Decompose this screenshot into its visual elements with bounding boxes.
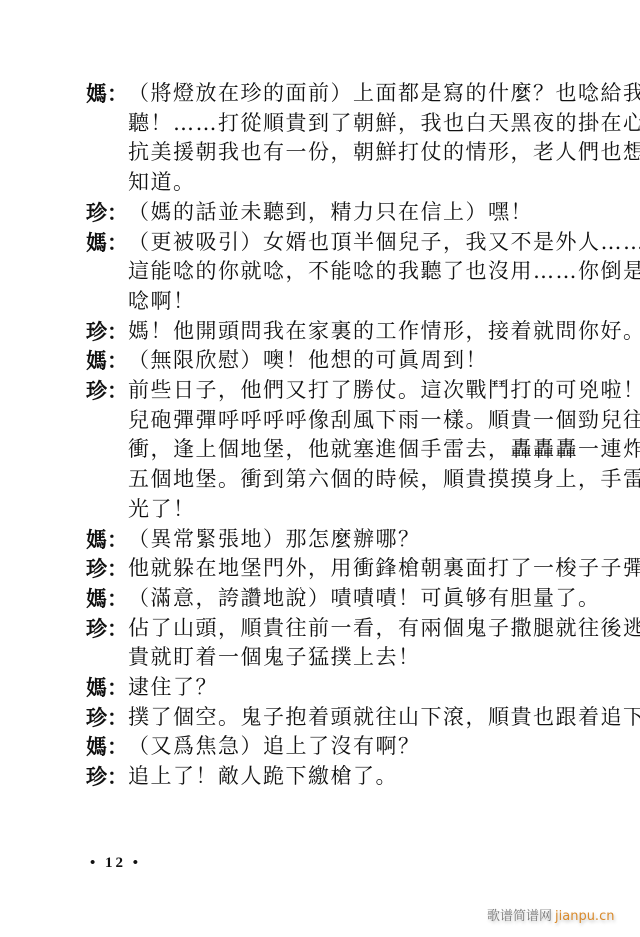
speaker-label: 珍： <box>86 198 128 228</box>
dialogue-text: 逮住了？ <box>128 673 596 703</box>
watermark: 歌谱简谱网jianpu.cn <box>487 905 614 924</box>
text-line: 追上了！敵人跪下繳槍了。 <box>128 762 596 792</box>
dialogue-text: 媽！他開頭問我在家裏的工作情形，接着就問你好。 <box>128 317 640 347</box>
dialogue-entry: 珍：前些日子，他們又打了勝仗。這次戰鬥打的可兇啦！槍子兒砲彈彈呼呼呼呼像刮風下雨… <box>86 376 596 525</box>
dialogue-entry: 媽：（更被吸引）女婿也頂半個兒子，我又不是外人……玉珍！這能唸的你就唸，不能唸的… <box>86 228 596 317</box>
text-line: 前些日子，他們又打了勝仗。這次戰鬥打的可兇啦！槍子 <box>128 376 640 406</box>
speaker-label: 媽： <box>86 525 128 555</box>
dialogue-text: 撲了個空。鬼子抱着頭就往山下滾，順貴也跟着追下去！ <box>128 703 640 733</box>
dialogue-text: 前些日子，他們又打了勝仗。這次戰鬥打的可兇啦！槍子兒砲彈彈呼呼呼呼像刮風下雨一樣… <box>128 376 640 525</box>
watermark-chinese: 歌谱简谱网 <box>487 909 552 924</box>
watermark-domain: jianpu.cn <box>555 909 614 924</box>
document-page: 媽：（將燈放在珍的面前）上面都是寫的什麼？也唸給我聽聽！……打從順貴到了朝鮮，我… <box>0 0 640 937</box>
dialogue-text: （滿意，誇讚地說）嘖嘖嘖！可眞够有胆量了。 <box>128 584 601 614</box>
dialogue-entry: 媽：（滿意，誇讚地說）嘖嘖嘖！可眞够有胆量了。 <box>86 584 596 614</box>
text-line: 他就躲在地堡門外，用衝鋒槍朝裏面打了一梭子子彈！ <box>128 554 640 584</box>
page-number: • 12 • <box>90 855 141 872</box>
text-line: 衝，逢上個地堡，他就塞進個手雷去，轟轟轟一連炸毀了 <box>128 435 640 465</box>
dialogue-entry: 珍：追上了！敵人跪下繳槍了。 <box>86 762 596 792</box>
dialogue-entry: 珍：佔了山頭，順貴往前一看，有兩個鬼子撒腿就往後逃，順貴就盯着一個鬼子猛撲上去！ <box>86 614 596 673</box>
speaker-label: 珍： <box>86 703 128 733</box>
dialogue-entry: 媽：（無限欣慰）噢！他想的可眞周到！ <box>86 346 596 376</box>
dialogue-text: （無限欣慰）噢！他想的可眞周到！ <box>128 346 596 376</box>
dialogue-text: （異常緊張地）那怎麼辦哪？ <box>128 525 596 555</box>
text-line: 佔了山頭，順貴往前一看，有兩個鬼子撒腿就往後逃，順 <box>128 614 640 644</box>
text-line: （無限欣慰）噢！他想的可眞周到！ <box>128 346 596 376</box>
text-line: （又爲焦急）追上了沒有啊？ <box>128 732 596 762</box>
dialogue-text: （又爲焦急）追上了沒有啊？ <box>128 732 596 762</box>
text-line: 媽！他開頭問我在家裏的工作情形，接着就問你好。 <box>128 317 640 347</box>
text-line: （異常緊張地）那怎麼辦哪？ <box>128 525 596 555</box>
text-line: 逮住了？ <box>128 673 596 703</box>
dialogue-text: 追上了！敵人跪下繳槍了。 <box>128 762 596 792</box>
speaker-label: 媽： <box>86 228 128 258</box>
text-line: （滿意，誇讚地說）嘖嘖嘖！可眞够有胆量了。 <box>128 584 601 614</box>
text-line: 貴就盯着一個鬼子猛撲上去！ <box>128 643 640 673</box>
speaker-label: 媽： <box>86 673 128 703</box>
dialogue-text: 他就躲在地堡門外，用衝鋒槍朝裏面打了一梭子子彈！ <box>128 554 640 584</box>
speaker-label: 珍： <box>86 376 128 406</box>
dialogue-entry: 珍：媽！他開頭問我在家裏的工作情形，接着就問你好。 <box>86 317 596 347</box>
text-line: （媽的話並未聽到，精力只在信上）嘿！ <box>128 198 596 228</box>
dialogue-text: （媽的話並未聽到，精力只在信上）嘿！ <box>128 198 596 228</box>
dialogue-entry: 媽：（又爲焦急）追上了沒有啊？ <box>86 732 596 762</box>
dialogue-entry: 珍：撲了個空。鬼子抱着頭就往山下滾，順貴也跟着追下去！ <box>86 703 596 733</box>
text-line: 光了！ <box>128 495 640 525</box>
speaker-label: 珍： <box>86 762 128 792</box>
text-line: 聽！……打從順貴到了朝鮮，我也白天黑夜的掛在心上； <box>128 109 640 139</box>
dialogue-text: （更被吸引）女婿也頂半個兒子，我又不是外人……玉珍！這能唸的你就唸，不能唸的我聽… <box>128 228 640 317</box>
text-line: 唸啊！ <box>128 287 640 317</box>
text-line: 抗美援朝我也有一份，朝鮮打仗的情形，老人們也想知道 <box>128 138 640 168</box>
text-line: 這能唸的你就唸，不能唸的我聽了也沒用……你倒是快 <box>128 257 640 287</box>
dialogue-entry: 媽：（異常緊張地）那怎麼辦哪？ <box>86 525 596 555</box>
dialogue-entry: 媽：（將燈放在珍的面前）上面都是寫的什麼？也唸給我聽聽！……打從順貴到了朝鮮，我… <box>86 79 596 198</box>
dialogue-entry: 珍：（媽的話並未聽到，精力只在信上）嘿！ <box>86 198 596 228</box>
dialogue-text: 佔了山頭，順貴往前一看，有兩個鬼子撒腿就往後逃，順貴就盯着一個鬼子猛撲上去！ <box>128 614 640 673</box>
speaker-label: 媽： <box>86 346 128 376</box>
text-line: 知道。 <box>128 168 640 198</box>
text-line: 撲了個空。鬼子抱着頭就往山下滾，順貴也跟着追下去！ <box>128 703 640 733</box>
script-dialogue: 媽：（將燈放在珍的面前）上面都是寫的什麼？也唸給我聽聽！……打從順貴到了朝鮮，我… <box>86 79 596 792</box>
text-line: （將燈放在珍的面前）上面都是寫的什麼？也唸給我聽 <box>128 79 640 109</box>
text-line: 兒砲彈彈呼呼呼呼像刮風下雨一樣。順貴一個勁兒往前 <box>128 406 640 436</box>
speaker-label: 媽： <box>86 732 128 762</box>
text-line: （更被吸引）女婿也頂半個兒子，我又不是外人……玉珍！ <box>128 228 640 258</box>
speaker-label: 珍： <box>86 614 128 644</box>
speaker-label: 珍： <box>86 317 128 347</box>
dialogue-entry: 媽：逮住了？ <box>86 673 596 703</box>
speaker-label: 媽： <box>86 79 128 109</box>
speaker-label: 珍： <box>86 554 128 584</box>
speaker-label: 媽： <box>86 584 128 614</box>
text-line: 五個地堡。衝到第六個的時候，順貴摸摸身上，手雷都打 <box>128 465 640 495</box>
dialogue-text: （將燈放在珍的面前）上面都是寫的什麼？也唸給我聽聽！……打從順貴到了朝鮮，我也白… <box>128 79 640 198</box>
dialogue-entry: 珍：他就躲在地堡門外，用衝鋒槍朝裏面打了一梭子子彈！ <box>86 554 596 584</box>
